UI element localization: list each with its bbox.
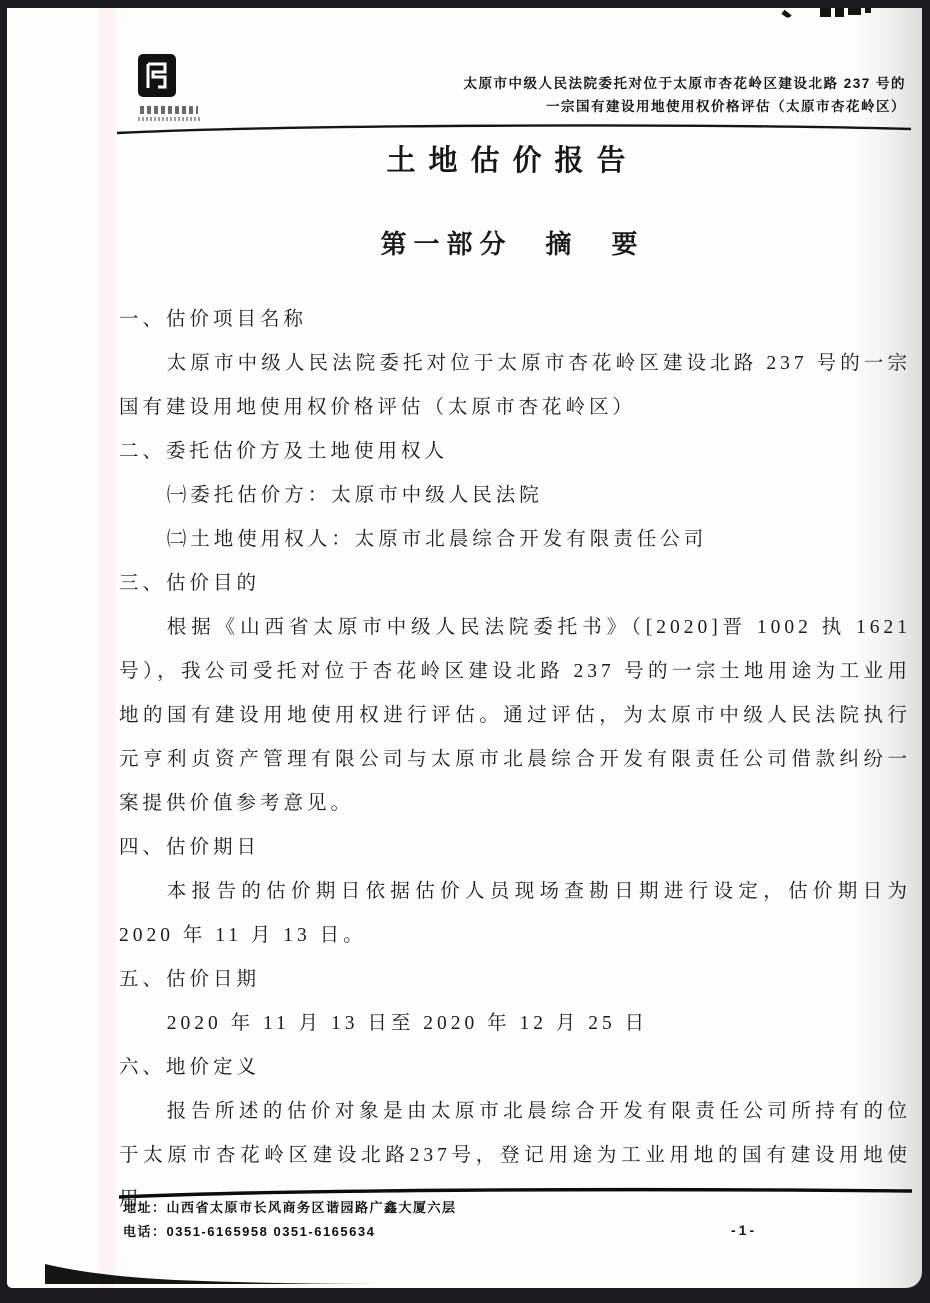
page-curl-shadow [45, 1254, 385, 1288]
running-header-line2: 一宗国有建设用地使用权价格评估（太原市杏花岭区） [266, 95, 906, 118]
scan-mark [820, 8, 831, 17]
company-logo [138, 54, 208, 121]
scanned-report-page: { "document": { "header": { "line1": "太原… [0, 0, 930, 1303]
footer-address: 地址：山西省太原市长风商务区谐园路广鑫大厦六层 [123, 1196, 823, 1220]
section-2-heading: 二、委托估价方及土地使用权人 [119, 430, 911, 474]
scan-mark [835, 8, 844, 17]
section-5-paragraph: 2020 年 11 月 13 日至 2020 年 12 月 25 日 [119, 1002, 911, 1046]
section-1-heading: 一、估价项目名称 [119, 298, 911, 342]
section-4-heading: 四、估价期日 [119, 826, 911, 870]
page-number: -1- [731, 1222, 757, 1238]
section-2-item-1: ㈠委托估价方：太原市中级人民法院 [119, 474, 911, 518]
section-2-item-2: ㈡土地使用权人：太原市北晨综合开发有限责任公司 [119, 518, 911, 562]
scan-tint-band [99, 8, 115, 1288]
document-page: 太原市中级人民法院委托对位于太原市杏花岭区建设北路 237 号的 一宗国有建设用… [7, 8, 922, 1288]
section-3-heading: 三、估价目的 [119, 562, 911, 606]
logo-seal-icon [138, 84, 176, 101]
section-4-paragraph: 本报告的估价期日依据估价人员现场查勘日期进行设定，估价期日为 2020 年 11… [119, 870, 911, 958]
footer-phone: 电话：0351-6165958 0351-6165634 [123, 1220, 823, 1244]
footer-contact: 地址：山西省太原市长风商务区谐园路广鑫大厦六层 电话：0351-6165958 … [123, 1196, 823, 1244]
report-title: 土地估价报告 [115, 138, 910, 179]
scan-mark [848, 8, 861, 15]
scan-mark [865, 8, 871, 13]
running-header-line1: 太原市中级人民法院委托对位于太原市杏花岭区建设北路 237 号的 [266, 72, 906, 95]
scan-mark [781, 10, 791, 19]
section-3-paragraph: 根据《山西省太原市中级人民法院委托书》（[2020]晋 1002 执 1621 … [119, 606, 911, 826]
part-title: 第一部分 摘 要 [115, 224, 910, 261]
logo-caption-cn [140, 106, 198, 114]
running-header: 太原市中级人民法院委托对位于太原市杏花岭区建设北路 237 号的 一宗国有建设用… [266, 72, 906, 118]
section-1-paragraph: 太原市中级人民法院委托对位于太原市杏花岭区建设北路 237 号的一宗国有建设用地… [119, 342, 911, 430]
report-body: 一、估价项目名称 太原市中级人民法院委托对位于太原市杏花岭区建设北路 237 号… [119, 298, 911, 1222]
section-5-heading: 五、估价日期 [119, 958, 911, 1002]
section-6-heading: 六、地价定义 [119, 1046, 911, 1090]
